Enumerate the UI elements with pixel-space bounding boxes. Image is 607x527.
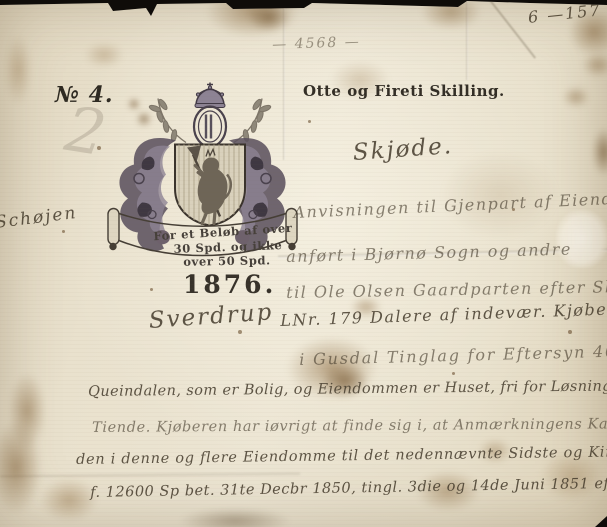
bottom-crease: [0, 473, 300, 478]
margin-name: Schøjen: [0, 203, 78, 233]
handwritten-signature: Sverdrup: [148, 299, 274, 334]
handwritten-line: anført i Bjørnø Sogn og andre: [286, 240, 572, 266]
fold-crease-vertical-right: [466, 0, 468, 80]
handwritten-line: Tiende. Kjøberen har iøvrigt at finde si…: [92, 416, 607, 436]
banner-line-3: over 50 Spd.: [152, 253, 302, 270]
handwritten-line: til Ole Olsen Gaardparten efter Skat: [286, 277, 607, 302]
crown-icon: [195, 83, 225, 108]
handwritten-line: i Gusdal Tinglag for Eftersyn 40 f: [299, 341, 607, 369]
handwritten-line: Queindalen, som er Bolig, og Eiendommen …: [88, 378, 607, 400]
shield: [175, 143, 245, 228]
stamp-year: 1876.: [183, 270, 276, 299]
paper-sheet: № 4. Otte og Fireti Skilling.: [0, 0, 607, 527]
handwritten-line: Anvisningen til Gjenpart af Eiendomme: [293, 187, 607, 222]
handwritten-line: f. 12600 Sp bet. 31te Decbr 1850, tingl.…: [90, 475, 607, 501]
scanned-document: № 4. Otte og Fireti Skilling.: [0, 0, 607, 527]
handwritten-line: den i denne og flere Eiendomme til det n…: [76, 444, 607, 468]
stamp-denomination: Otte og Fireti Skilling.: [303, 82, 505, 100]
royal-monogram: [194, 107, 226, 147]
handwritten-heading: Skjøde.: [352, 133, 454, 166]
handwritten-archive-number: — 4568 —: [272, 34, 361, 53]
handwritten-journal-number: 6 —157: [527, 0, 602, 27]
handwritten-line: LNr. 179 Dalere af indevær. Kjøbes: [280, 299, 607, 330]
